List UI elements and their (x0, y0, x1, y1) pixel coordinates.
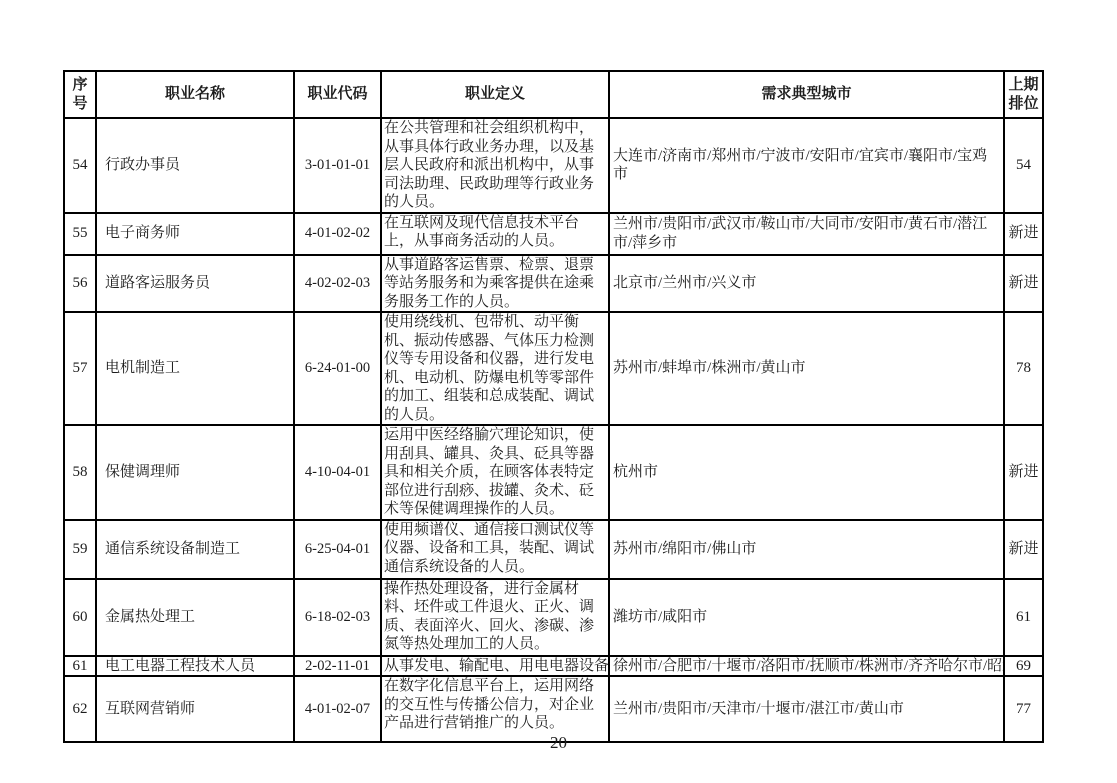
table-row: 59 通信系统设备制造工 6-25-04-01 使用频谱仪、通信接口测试仪等仪器… (64, 520, 1043, 579)
cell-code: 6-18-02-03 (294, 579, 381, 656)
cell-name: 通信系统设备制造工 (96, 520, 294, 579)
cell-definition: 从事发电、输配电、用电电器设备和 (381, 656, 609, 677)
cell-name: 道路客运服务员 (96, 255, 294, 313)
cell-no: 58 (64, 425, 96, 520)
cell-definition: 使用绕线机、包带机、动平衡机、振动传感器、气体压力检测仪等专用设备和仪器，进行发… (381, 312, 609, 425)
cell-cities: 兰州市/贵阳市/武汉市/鞍山市/大同市/安阳市/黄石市/潜江市/萍乡市 (609, 213, 1004, 255)
cell-prev-rank: 新进 (1004, 520, 1043, 579)
document-page: 序号 职业名称 职业代码 职业定义 需求典型城市 上期排位 54 行政办事员 3… (0, 0, 1117, 783)
cell-name: 金属热处理工 (96, 579, 294, 656)
table-row: 54 行政办事员 3-01-01-01 在公共管理和社会组织机构中，从事具体行政… (64, 118, 1043, 213)
cell-no: 55 (64, 213, 96, 255)
page-number: 20 (0, 733, 1117, 753)
cell-prev-rank: 新进 (1004, 213, 1043, 255)
cell-name: 电子商务师 (96, 213, 294, 255)
cell-cities: 苏州市/蚌埠市/株洲市/黄山市 (609, 312, 1004, 425)
cell-prev-rank: 61 (1004, 579, 1043, 656)
cell-code: 4-01-02-02 (294, 213, 381, 255)
cell-definition: 使用频谱仪、通信接口测试仪等仪器、设备和工具，装配、调试通信系统设备的人员。 (381, 520, 609, 579)
cell-cities: 北京市/兰州市/兴义市 (609, 255, 1004, 313)
cell-prev-rank: 新进 (1004, 255, 1043, 313)
table-row: 60 金属热处理工 6-18-02-03 操作热处理设备，进行金属材料、坯件或工… (64, 579, 1043, 656)
col-header-no: 序号 (64, 71, 96, 118)
cell-definition: 从事道路客运售票、检票、退票等站务服务和为乘客提供在途乘务服务工作的人员。 (381, 255, 609, 313)
cell-name: 行政办事员 (96, 118, 294, 213)
table-row: 57 电机制造工 6-24-01-00 使用绕线机、包带机、动平衡机、振动传感器… (64, 312, 1043, 425)
table-row: 56 道路客运服务员 4-02-02-03 从事道路客运售票、检票、退票等站务服… (64, 255, 1043, 313)
cell-prev-rank: 78 (1004, 312, 1043, 425)
occupations-table: 序号 职业名称 职业代码 职业定义 需求典型城市 上期排位 54 行政办事员 3… (63, 70, 1044, 743)
cell-code: 6-24-01-00 (294, 312, 381, 425)
cell-code: 4-10-04-01 (294, 425, 381, 520)
cell-no: 60 (64, 579, 96, 656)
cell-no: 57 (64, 312, 96, 425)
cell-no: 56 (64, 255, 96, 313)
cell-no: 61 (64, 656, 96, 677)
col-header-prev-rank: 上期排位 (1004, 71, 1043, 118)
cell-no: 59 (64, 520, 96, 579)
cell-definition: 操作热处理设备，进行金属材料、坯件或工件退火、正火、调质、表面淬火、回火、渗碳、… (381, 579, 609, 656)
cell-prev-rank: 69 (1004, 656, 1043, 677)
cell-definition: 运用中医经络腧穴理论知识，使用刮具、罐具、灸具、砭具等器具和相关介质，在顾客体表… (381, 425, 609, 520)
table-header-row: 序号 职业名称 职业代码 职业定义 需求典型城市 上期排位 (64, 71, 1043, 118)
cell-prev-rank: 54 (1004, 118, 1043, 213)
cell-code: 3-01-01-01 (294, 118, 381, 213)
cell-cities: 潍坊市/咸阳市 (609, 579, 1004, 656)
cell-code: 2-02-11-01 (294, 656, 381, 677)
cell-cities: 杭州市 (609, 425, 1004, 520)
cell-cities: 徐州市/合肥市/十堰市/洛阳市/抚顺市/株洲市/齐齐哈尔市/昭通市 (609, 656, 1004, 677)
cell-definition: 在互联网及现代信息技术平台上，从事商务活动的人员。 (381, 213, 609, 255)
col-header-name: 职业名称 (96, 71, 294, 118)
table-row: 55 电子商务师 4-01-02-02 在互联网及现代信息技术平台上，从事商务活… (64, 213, 1043, 255)
col-header-cities: 需求典型城市 (609, 71, 1004, 118)
cell-no: 54 (64, 118, 96, 213)
cell-name: 电工电器工程技术人员 (96, 656, 294, 677)
occupations-tbody: 54 行政办事员 3-01-01-01 在公共管理和社会组织机构中，从事具体行政… (64, 118, 1043, 742)
table-row: 58 保健调理师 4-10-04-01 运用中医经络腧穴理论知识，使用刮具、罐具… (64, 425, 1043, 520)
col-header-code: 职业代码 (294, 71, 381, 118)
cell-name: 电机制造工 (96, 312, 294, 425)
table-row: 61 电工电器工程技术人员 2-02-11-01 从事发电、输配电、用电电器设备… (64, 656, 1043, 677)
cell-cities: 苏州市/绵阳市/佛山市 (609, 520, 1004, 579)
col-header-definition: 职业定义 (381, 71, 609, 118)
cell-name: 保健调理师 (96, 425, 294, 520)
cell-cities: 大连市/济南市/郑州市/宁波市/安阳市/宜宾市/襄阳市/宝鸡市 (609, 118, 1004, 213)
cell-definition: 在公共管理和社会组织机构中，从事具体行政业务办理，以及基层人民政府和派出机构中，… (381, 118, 609, 213)
cell-code: 4-02-02-03 (294, 255, 381, 313)
cell-code: 6-25-04-01 (294, 520, 381, 579)
cell-prev-rank: 新进 (1004, 425, 1043, 520)
